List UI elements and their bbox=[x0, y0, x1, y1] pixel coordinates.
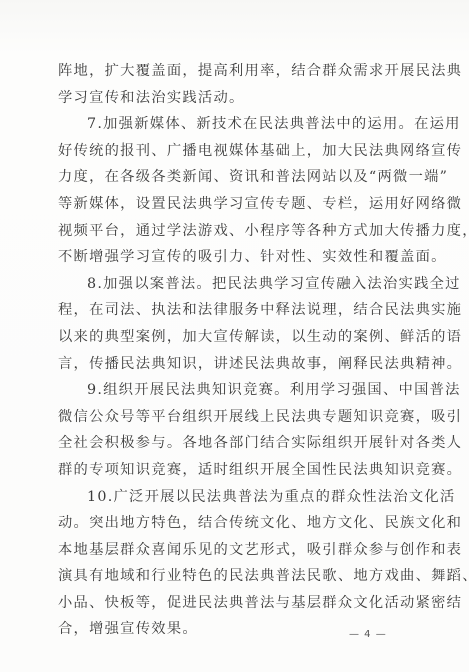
document-page: 阵地，扩大覆盖面，提高利用率，结合群众需求开展民法典 学习宣传和法治实践活动。 … bbox=[0, 0, 469, 672]
document-body: 阵地，扩大覆盖面，提高利用率，结合群众需求开展民法典 学习宣传和法治实践活动。 … bbox=[58, 58, 390, 643]
text-line: 程，在司法、执法和法律服务中释法说理，结合民法典实施 bbox=[58, 297, 390, 324]
text-line: 群的专项知识竞赛，适时组织开展全国性民法典知识竞赛。 bbox=[58, 457, 390, 484]
text-line: 以来的典型案例，加大宣传解读，以生动的案例、鲜活的语 bbox=[58, 324, 390, 351]
text-line: 不断增强学习宣传的吸引力、针对性、实效性和覆盖面。 bbox=[58, 244, 390, 271]
item-7-heading-line: 7.加强新媒体、新技术在民法典普法中的运用。在运用 bbox=[58, 111, 390, 138]
text-line: 视频平台，通过学法游戏、小程序等各种方式加大传播力度， bbox=[58, 218, 390, 245]
item-9-heading-line: 9.组织开展民法典知识竞赛。利用学习强国、中国普法 bbox=[58, 377, 390, 404]
text-line: 等新媒体，设置民法典学习宣传专题、专栏，运用好网络微 bbox=[58, 191, 390, 218]
text-line: 微信公众号等平台组织开展线上民法典专题知识竞赛，吸引 bbox=[58, 404, 390, 431]
page-number: — 4 — bbox=[349, 629, 387, 640]
text-line: 好传统的报刊、广播电视媒体基础上，加大民法典网络宣传 bbox=[58, 138, 390, 165]
item-10-heading-line: 10.广泛开展以民法典普法为重点的群众性法治文化活 bbox=[58, 484, 390, 511]
text-line: 全社会积极参与。各地各部门结合实际组织开展针对各类人 bbox=[58, 430, 390, 457]
text-line: 演具有地域和行业特色的民法典普法民歌、地方戏曲、舞蹈、 bbox=[58, 563, 390, 590]
text-line: 合，增强宣传效果。 bbox=[58, 616, 390, 643]
text-line: 言，传播民法典知识，讲述民法典故事，阐释民法典精神。 bbox=[58, 351, 390, 378]
item-8-heading-line: 8.加强以案普法。把民法典学习宣传融入法治实践全过 bbox=[58, 271, 390, 298]
text-line: 小品、快板等，促进民法典普法与基层群众文化活动紧密结 bbox=[58, 590, 390, 617]
text-line: 阵地，扩大覆盖面，提高利用率，结合群众需求开展民法典 bbox=[58, 58, 390, 85]
text-line: 学习宣传和法治实践活动。 bbox=[58, 85, 390, 112]
text-line: 动。突出地方特色，结合传统文化、地方文化、民族文化和 bbox=[58, 510, 390, 537]
text-line: 力度，在各级各类新闻、资讯和普法网站以及“两微一端” bbox=[58, 164, 390, 191]
text-line: 本地基层群众喜闻乐见的文艺形式，吸引群众参与创作和表 bbox=[58, 537, 390, 564]
